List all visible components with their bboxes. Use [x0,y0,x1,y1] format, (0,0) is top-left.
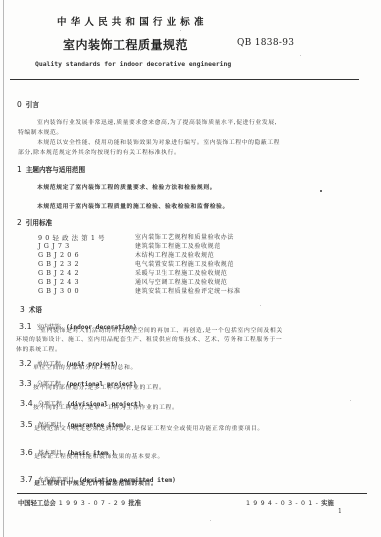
ref-code: GBJ243 [38,278,82,286]
ref-title: 通风与空调工程施工及验收规范 [135,277,227,286]
section-1-heading: 1主题内容与适用范围 [17,164,85,174]
scan-speck [260,305,261,306]
ref-title: 电气装置安装工程施工及验收规范 [135,259,234,268]
scan-speck [180,30,181,31]
scan-speck [350,400,351,401]
effective-line: 1994-03-01-实施 [246,498,334,507]
term-number: 3.7 [20,475,33,484]
section-3-heading: 3术语 [20,304,42,314]
term-3-1-definition-line-2: 环境的装饰设计、施工、室内用品配套生产、租赁供应的集技术、艺术、劳务和工程服务于… [16,334,282,343]
term-3-3-definition: 按不同的部位划分,是多工种综合作业的工程。 [33,382,165,391]
standard-code: QB 1838-93 [237,38,294,48]
page-left-border [3,0,4,537]
ref-code: GBJ242 [38,269,82,277]
section-title: 主题内容与适用范围 [26,166,85,174]
term-3-4-definition: 按不同的工种划分,是单一工种为主体作业的工程。 [33,402,178,411]
effective-label: 实施 [321,500,334,507]
term-number: 3.1 [19,322,32,331]
standard-title-english: Quality standards for indoor decorative … [35,60,231,68]
footer-divider [17,493,367,494]
term-3-7-definition: 是工程项目中规定允许有偏差范围的项目。 [34,478,157,487]
ref-code: JGJ73 [38,242,72,250]
term-number: 3.3 [19,379,32,388]
term-number: 3.4 [20,399,33,408]
standard-title: 室内装饰工程质量规范 [63,36,188,53]
term-3-2-definition: 单位空间的分部和分项工程的总和。 [33,362,137,371]
ref-title: 采暖与卫生工程施工及验收规范 [135,268,227,277]
term-3-5-definition: 是规范条文中规定必须达到的要求,是保证工程安全或使用功能正常的重要项目。 [34,423,264,432]
intro-paragraph-1-line-2: 特编制本规范。 [18,127,63,136]
ref-title: 木结构工程施工及验收规范 [135,250,214,259]
scan-speck [300,55,301,56]
section-0-heading: 0引言 [17,99,39,109]
scope-paragraph-2: 本规范适用于室内装饰工程质量的施工检验、验收检验和监督检验。 [37,201,229,210]
intro-paragraph-2-line-2: 部分,除本规范规定外其余均按现行的有关工程标准执行。 [18,147,180,156]
scope-paragraph-1: 本规范规定了室内装饰工程的质量要求、检验方法和检验规则。 [37,182,216,191]
section-number: 0 [17,100,22,109]
section-number: 3 [20,305,25,314]
ref-title: 建筑装饰工程施工及验收规范 [135,241,221,250]
term-number: 3.2 [19,359,32,368]
ref-title: 室内装饰工艺规程和质量验收办法 [135,232,234,241]
issuing-body-header: 中华人民共和国行业标准 [57,14,208,28]
section-number: 2 [17,218,22,227]
term-number: 3.6 [20,448,33,457]
header-divider [10,79,359,80]
approval-line: 中国轻工总会1993-07-29批准 [18,498,141,507]
ref-code: GBJ206 [38,251,82,259]
issuer: 中国轻工总会 [18,500,56,507]
approval-label: 批准 [128,500,141,507]
section-number: 1 [17,165,22,174]
section-title: 引用标准 [26,219,52,227]
section-title: 引言 [26,101,39,109]
page-number: 1 [338,508,342,515]
intro-paragraph-2-line-1: 本规范以安全性能、使用功能和装饰效果为对象进行编写。室内装饰工程中的隐蔽工程 [37,137,280,146]
term-number: 3.5 [20,420,33,429]
term-3-6-definition: 是保证工程使用性能和装饰效果的基本要求。 [34,451,164,460]
ref-code: GBJ232 [38,260,82,268]
approval-date: 1993-07-29 [59,500,129,507]
section-title: 术语 [29,306,42,314]
section-2-heading: 2引用标准 [17,217,52,227]
ref-code: GBJ300 [38,287,82,295]
ref-code: 90轻政法第1号 [38,233,108,242]
ref-title: 建筑安装工程质量检验评定统一标准 [135,286,241,295]
effective-date: 1994-03-01- [246,500,321,507]
scan-speck [320,190,322,192]
term-3-1-definition-line-1: 室内装饰是对人们活动的所有成型空间的再加工、再创造,是一个包括室内空间及相关 [40,325,283,334]
intro-paragraph-1-line-1: 室内装饰行业发展非常迅速,质量要求愈来愈高,为了提高装饰质量水平,促进行业发展, [37,117,277,126]
document-page: 中华人民共和国行业标准 室内装饰工程质量规范 QB 1838-93 Qualit… [0,0,381,537]
scan-speck [210,520,211,521]
